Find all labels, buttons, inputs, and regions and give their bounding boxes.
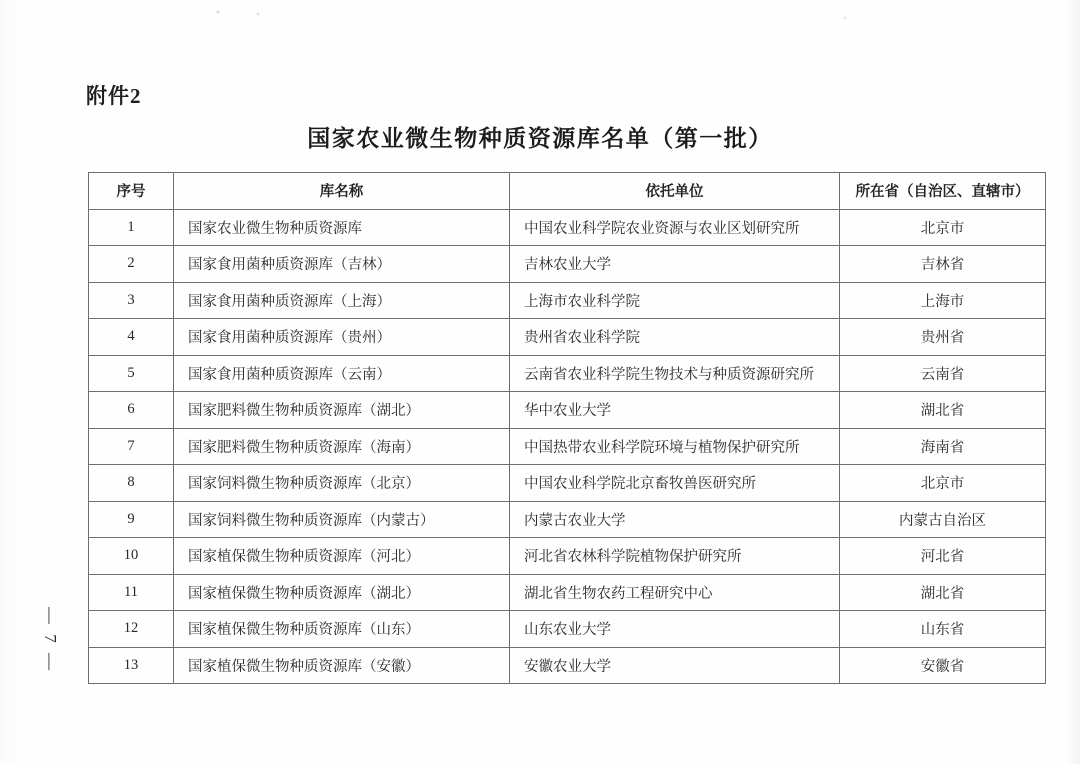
- bank-name: 国家食用菌种质资源库（吉林）: [174, 246, 510, 283]
- province: 北京市: [840, 465, 1046, 502]
- row-index: 12: [89, 611, 174, 648]
- supporting-unit: 中国热带农业科学院环境与植物保护研究所: [510, 428, 840, 465]
- province: 北京市: [840, 209, 1046, 246]
- bank-name: 国家饲料微生物种质资源库（内蒙古）: [174, 501, 510, 538]
- row-index: 6: [89, 392, 174, 429]
- province: 云南省: [840, 355, 1046, 392]
- province: 河北省: [840, 538, 1046, 575]
- table-row: 12国家植保微生物种质资源库（山东）山东农业大学山东省: [89, 611, 1046, 648]
- bank-name: 国家饲料微生物种质资源库（北京）: [174, 465, 510, 502]
- table-row: 1国家农业微生物种质资源库中国农业科学院农业资源与农业区划研究所北京市: [89, 209, 1046, 246]
- bank-name: 国家植保微生物种质资源库（安徽）: [174, 647, 510, 684]
- row-index: 7: [89, 428, 174, 465]
- bank-name: 国家食用菌种质资源库（云南）: [174, 355, 510, 392]
- supporting-unit: 华中农业大学: [510, 392, 840, 429]
- province: 山东省: [840, 611, 1046, 648]
- province: 吉林省: [840, 246, 1046, 283]
- table-row: 9国家饲料微生物种质资源库（内蒙古）内蒙古农业大学内蒙古自治区: [89, 501, 1046, 538]
- supporting-unit: 中国农业科学院北京畜牧兽医研究所: [510, 465, 840, 502]
- supporting-unit: 山东农业大学: [510, 611, 840, 648]
- province: 湖北省: [840, 574, 1046, 611]
- supporting-unit: 吉林农业大学: [510, 246, 840, 283]
- province: 贵州省: [840, 319, 1046, 356]
- bank-name: 国家食用菌种质资源库（上海）: [174, 282, 510, 319]
- bank-name: 国家植保微生物种质资源库（山东）: [174, 611, 510, 648]
- supporting-unit: 湖北省生物农药工程研究中心: [510, 574, 840, 611]
- supporting-unit: 安徽农业大学: [510, 647, 840, 684]
- province: 安徽省: [840, 647, 1046, 684]
- table-row: 6国家肥料微生物种质资源库（湖北）华中农业大学湖北省: [89, 392, 1046, 429]
- table-body: 1国家农业微生物种质资源库中国农业科学院农业资源与农业区划研究所北京市2国家食用…: [89, 209, 1046, 684]
- table-row: 7国家肥料微生物种质资源库（海南）中国热带农业科学院环境与植物保护研究所海南省: [89, 428, 1046, 465]
- row-index: 8: [89, 465, 174, 502]
- supporting-unit: 贵州省农业科学院: [510, 319, 840, 356]
- bank-name: 国家农业微生物种质资源库: [174, 209, 510, 246]
- bank-name: 国家植保微生物种质资源库（河北）: [174, 538, 510, 575]
- resource-bank-table: 序号库名称依托单位所在省（自治区、直辖市） 1国家农业微生物种质资源库中国农业科…: [88, 172, 1046, 684]
- row-index: 2: [89, 246, 174, 283]
- table-row: 2国家食用菌种质资源库（吉林）吉林农业大学吉林省: [89, 246, 1046, 283]
- bank-name: 国家肥料微生物种质资源库（海南）: [174, 428, 510, 465]
- row-index: 13: [89, 647, 174, 684]
- row-index: 3: [89, 282, 174, 319]
- table-row: 8国家饲料微生物种质资源库（北京）中国农业科学院北京畜牧兽医研究所北京市: [89, 465, 1046, 502]
- column-header: 所在省（自治区、直辖市）: [840, 173, 1046, 210]
- page-title: 国家农业微生物种质资源库名单（第一批）: [0, 120, 1080, 153]
- table-row: 13国家植保微生物种质资源库（安徽）安徽农业大学安徽省: [89, 647, 1046, 684]
- row-index: 5: [89, 355, 174, 392]
- row-index: 11: [89, 574, 174, 611]
- table-header-row: 序号库名称依托单位所在省（自治区、直辖市）: [89, 173, 1046, 210]
- table-row: 10国家植保微生物种质资源库（河北）河北省农林科学院植物保护研究所河北省: [89, 538, 1046, 575]
- page-number: — 7 —: [16, 606, 84, 674]
- supporting-unit: 内蒙古农业大学: [510, 501, 840, 538]
- table-row: 11国家植保微生物种质资源库（湖北）湖北省生物农药工程研究中心湖北省: [89, 574, 1046, 611]
- attachment-label: 附件2: [86, 80, 142, 110]
- row-index: 9: [89, 501, 174, 538]
- row-index: 4: [89, 319, 174, 356]
- column-header: 序号: [89, 173, 174, 210]
- province: 湖北省: [840, 392, 1046, 429]
- table-row: 4国家食用菌种质资源库（贵州）贵州省农业科学院贵州省: [89, 319, 1046, 356]
- column-header: 依托单位: [510, 173, 840, 210]
- column-header: 库名称: [174, 173, 510, 210]
- supporting-unit: 上海市农业科学院: [510, 282, 840, 319]
- row-index: 10: [89, 538, 174, 575]
- bank-name: 国家植保微生物种质资源库（湖北）: [174, 574, 510, 611]
- bank-name: 国家食用菌种质资源库（贵州）: [174, 319, 510, 356]
- table-row: 5国家食用菌种质资源库（云南）云南省农业科学院生物技术与种质资源研究所云南省: [89, 355, 1046, 392]
- supporting-unit: 云南省农业科学院生物技术与种质资源研究所: [510, 355, 840, 392]
- province: 内蒙古自治区: [840, 501, 1046, 538]
- row-index: 1: [89, 209, 174, 246]
- province: 上海市: [840, 282, 1046, 319]
- table-row: 3国家食用菌种质资源库（上海）上海市农业科学院上海市: [89, 282, 1046, 319]
- bank-name: 国家肥料微生物种质资源库（湖北）: [174, 392, 510, 429]
- province: 海南省: [840, 428, 1046, 465]
- supporting-unit: 中国农业科学院农业资源与农业区划研究所: [510, 209, 840, 246]
- supporting-unit: 河北省农林科学院植物保护研究所: [510, 538, 840, 575]
